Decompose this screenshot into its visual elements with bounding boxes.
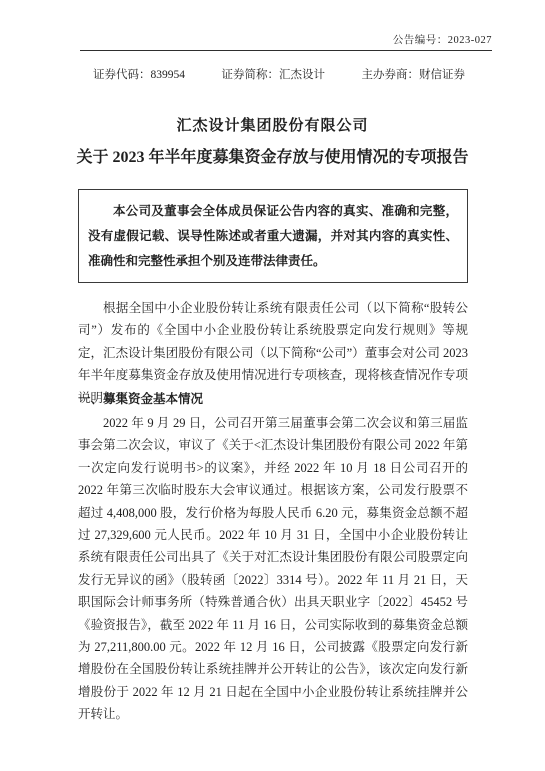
announcement-number-row: 公告编号：2023-027 — [80, 35, 492, 51]
sponsor-broker: 主办券商：财信证券 — [362, 68, 466, 83]
securities-info-row: 证券代码：839954 证券简称：汇杰设计 主办券商：财信证券 — [93, 68, 465, 83]
stock-short-name: 证券简称：汇杰设计 — [222, 68, 326, 83]
section-1-heading: 一、募集资金基本情况 — [78, 391, 203, 407]
report-title: 关于 2023 年半年度募集资金存放与使用情况的专项报告 — [0, 144, 545, 167]
document-page: 公告编号：2023-027 证券代码：839954 证券简称：汇杰设计 主办券商… — [0, 0, 545, 771]
company-name-title: 汇杰设计集团股份有限公司 — [0, 114, 545, 135]
board-statement-text: 本公司及董事会全体成员保证公告内容的真实、准确和完整，没有虚假记载、误导性陈述或… — [88, 199, 458, 274]
announcement-number: 公告编号：2023-027 — [393, 35, 492, 46]
board-statement-box: 本公司及董事会全体成员保证公告内容的真实、准确和完整，没有虚假记载、误导性陈述或… — [78, 189, 468, 283]
section-1-paragraph: 2022 年 9 月 29 日，公司召开第三届董事会第二次会议和第三届监事会第二… — [78, 412, 468, 726]
stock-code: 证券代码：839954 — [93, 68, 185, 83]
